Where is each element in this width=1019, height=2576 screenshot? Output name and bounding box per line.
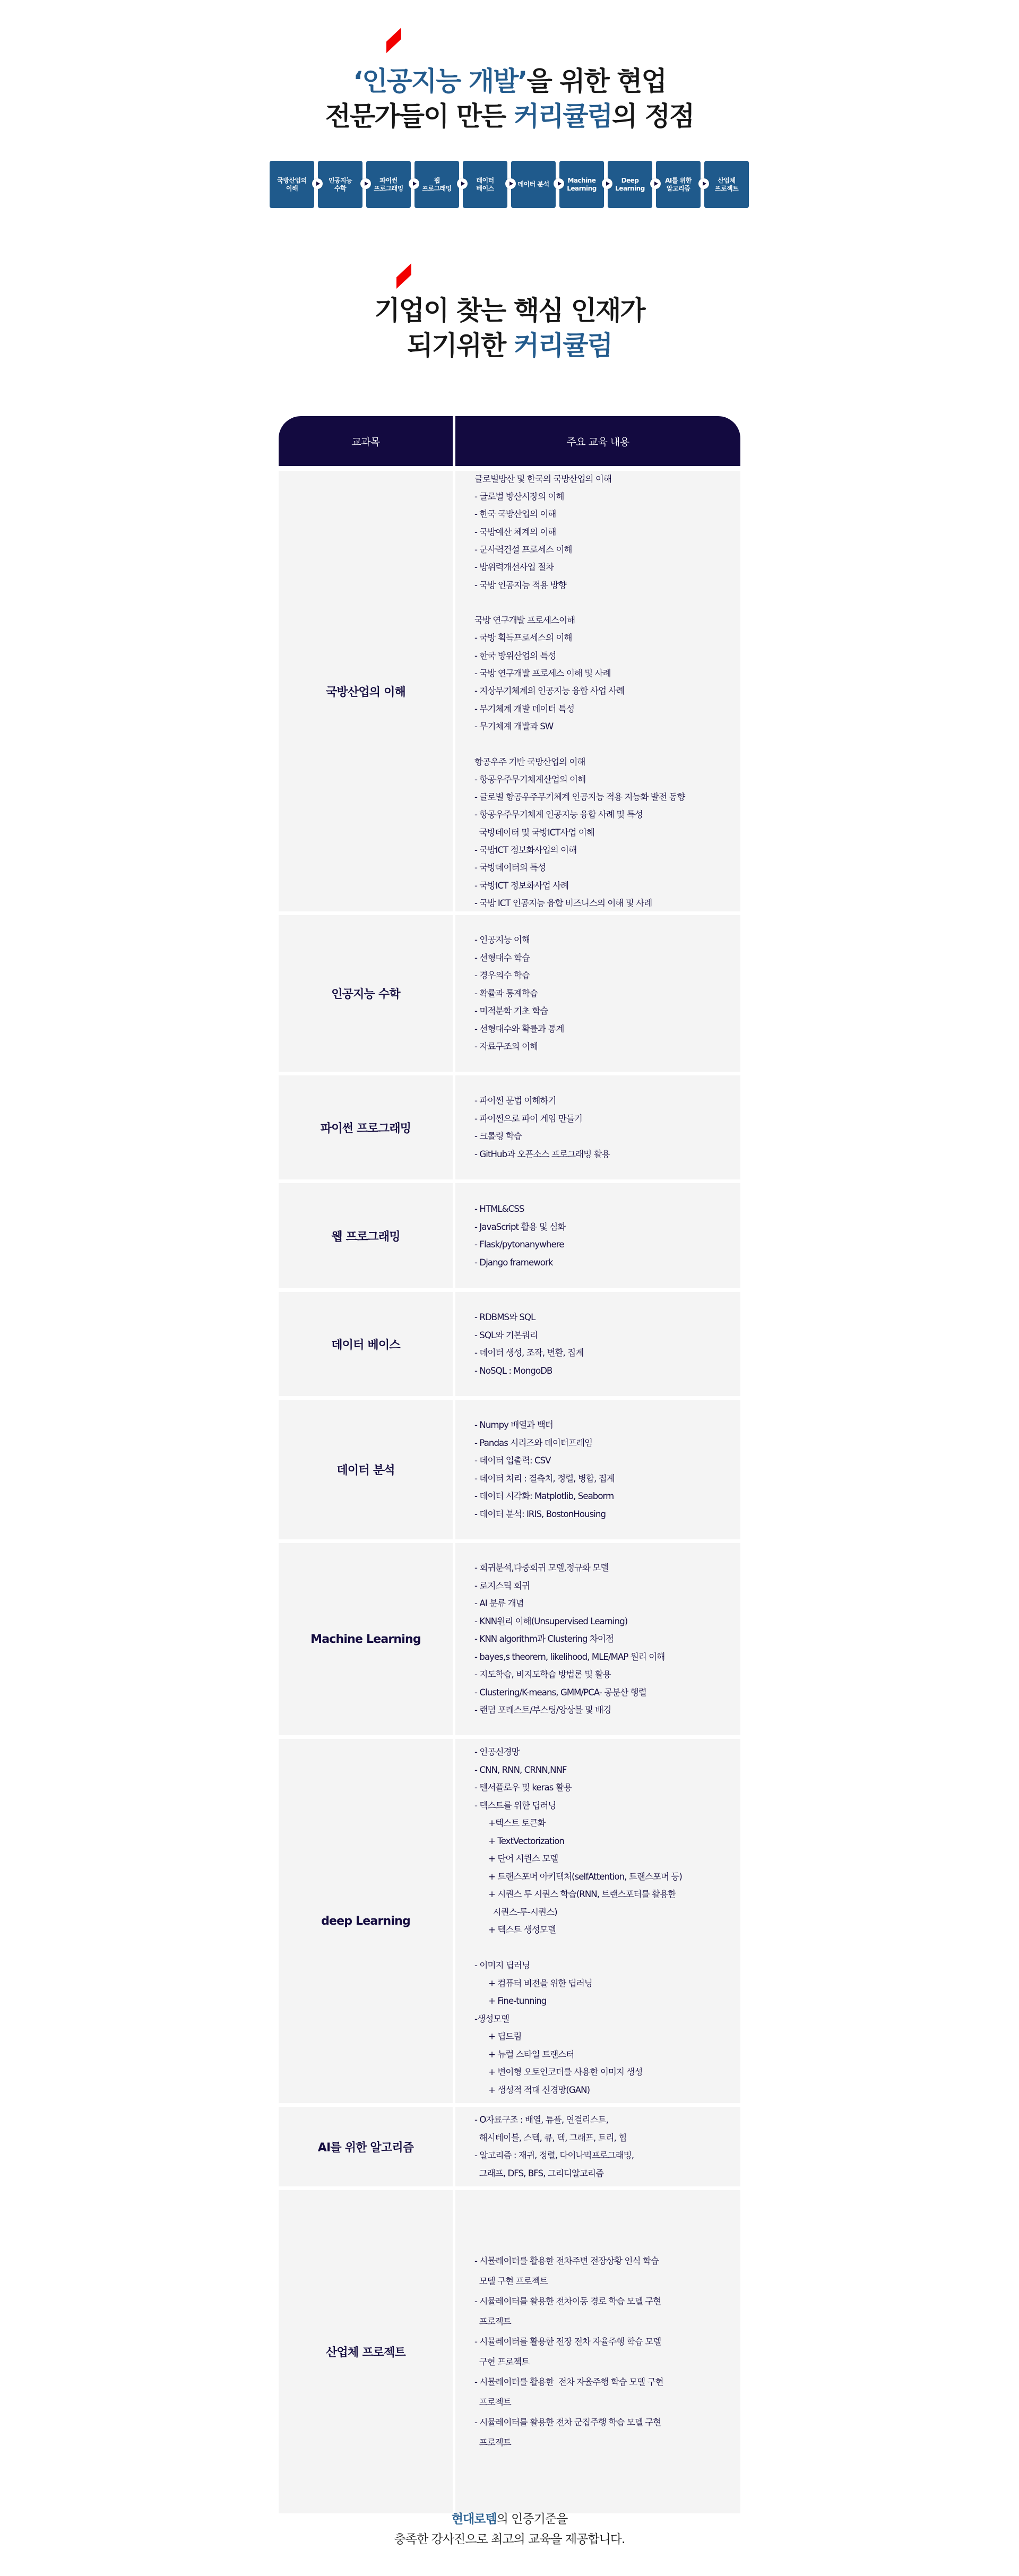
table-header: 교과목 주요 교육 내용 xyxy=(279,416,740,466)
nav-step-defense-industry[interactable]: 국방산업의 이해 xyxy=(270,161,314,208)
content-text: - 시뮬레이터를 활용한 전차주변 전장상황 인식 학습 모델 구현 프로젝트 … xyxy=(474,2251,663,2453)
table-row: 웹 프로그래밍 - HTML&CSS - JavaScript 활용 및 심화 … xyxy=(279,1183,740,1288)
content-cell: 글로벌방산 및 한국의 국방산업의 이해 - 글로벌 방산시장의 이해 - 한국… xyxy=(455,471,740,911)
play-arrow-icon xyxy=(698,178,709,189)
curriculum-page: ‘인공지능 개발’을 위한 현업 전문가들이 만든 커리큘럼의 정점 국방산업의… xyxy=(0,0,1019,2576)
nav-step-database[interactable]: 데이터 베이스 xyxy=(463,161,507,208)
content-cell: - HTML&CSS - JavaScript 활용 및 심화 - Flask/… xyxy=(455,1183,740,1288)
footer-line2: 충족한 강사진으로 최고의 교육을 제공합니다. xyxy=(0,2529,1019,2549)
nav-step-web[interactable]: 웹 프로그래밍 xyxy=(414,161,459,208)
content-cell: - 시뮬레이터를 활용한 전차주변 전장상황 인식 학습 모델 구현 프로젝트 … xyxy=(455,2190,740,2513)
nav-step-ai-math[interactable]: 인공지능 수학 xyxy=(318,161,362,208)
content-cell: - 회귀분석,다중회귀 모델,정규화 모델 - 로지스틱 회귀 - AI 분류 … xyxy=(455,1543,740,1735)
play-arrow-icon xyxy=(360,178,371,189)
content-text: - 회귀분석,다중회귀 모델,정규화 모델 - 로지스틱 회귀 - AI 분류 … xyxy=(474,1559,664,1719)
table-row: 파이썬 프로그래밍 - 파이썬 문법 이해하기 - 파이썬으로 파이 게임 만들… xyxy=(279,1075,740,1179)
content-text: - RDBMS와 SQL - SQL와 기본쿼리 - 데이터 생성, 조작, 변… xyxy=(474,1308,583,1380)
content-text: - O자료구조 : 배열, 튜플, 연결리스트, 해시테이블, 스텍, 큐, 덱… xyxy=(474,2111,634,2182)
hero-line2-suffix: 의 정점 xyxy=(612,101,694,132)
content-text: - HTML&CSS - JavaScript 활용 및 심화 - Flask/… xyxy=(474,1200,565,1271)
nav-step-python[interactable]: 파이썬 프로그래밍 xyxy=(366,161,411,208)
content-text: 글로벌방산 및 한국의 국방산업의 이해 - 글로벌 방산시장의 이해 - 한국… xyxy=(474,470,685,912)
content-cell: - 파이썬 문법 이해하기 - 파이썬으로 파이 게임 만들기 - 크롤링 학습… xyxy=(455,1075,740,1179)
play-arrow-icon xyxy=(312,178,323,189)
table-row: 산업체 프로젝트 - 시뮬레이터를 활용한 전차주변 전장상황 인식 학습 모델… xyxy=(279,2190,740,2513)
content-text: - 인공지능 이해 - 선형대수 학습 - 경우의수 학습 - 확률과 통계학습… xyxy=(474,931,564,1056)
subject-cell: 데이터 베이스 xyxy=(279,1292,453,1396)
content-cell: - Numpy 배열과 백터 - Pandas 시리즈와 데이터프레임 - 데이… xyxy=(455,1400,740,1539)
footer-line1-rest: 의 인증기준을 xyxy=(497,2512,568,2526)
nav-step-ai-algorithms[interactable]: AI를 위한 알고리즘 xyxy=(656,161,701,208)
subject-cell: 파이썬 프로그래밍 xyxy=(279,1075,453,1179)
subject-cell: Machine Learning xyxy=(279,1543,453,1735)
table-row: 데이터 베이스 - RDBMS와 SQL - SQL와 기본쿼리 - 데이터 생… xyxy=(279,1292,740,1396)
play-arrow-icon xyxy=(554,178,564,189)
hero-line1-rest: 을 위한 현업 xyxy=(526,66,666,97)
hero-title: ‘인공지능 개발’을 위한 현업 전문가들이 만든 커리큘럼의 정점 xyxy=(0,64,1019,134)
footer-line1: 현대로템의 인증기준을 xyxy=(0,2509,1019,2529)
hero-highlight-curriculum: 커리큘럼 xyxy=(514,101,612,132)
hero-title-line1: ‘인공지능 개발’을 위한 현업 xyxy=(0,64,1019,99)
content-text: - 인공신경망 - CNN, RNN, CRNN,NNF - 텐서플로우 및 k… xyxy=(474,1743,682,2099)
hero-line2-prefix: 전문가들이 만든 xyxy=(325,101,514,132)
section-title: 기업이 찾는 핵심 인재가 되기위한 커리큘럼 xyxy=(0,293,1019,363)
subject-cell: 산업체 프로젝트 xyxy=(279,2190,453,2513)
content-cell: - RDBMS와 SQL - SQL와 기본쿼리 - 데이터 생성, 조작, 변… xyxy=(455,1292,740,1396)
subject-cell: deep Learning xyxy=(279,1739,453,2103)
play-arrow-icon xyxy=(505,178,516,189)
play-arrow-icon xyxy=(409,178,419,189)
header-subject: 교과목 xyxy=(279,416,453,466)
subject-cell: 웹 프로그래밍 xyxy=(279,1183,453,1288)
play-arrow-icon xyxy=(602,178,612,189)
table-row: AI를 위한 알고리즘 - O자료구조 : 배열, 튜플, 연결리스트, 해시테… xyxy=(279,2107,740,2186)
subject-cell: 데이터 분석 xyxy=(279,1400,453,1539)
nav-step-deep-learning[interactable]: Deep Learning xyxy=(608,161,652,208)
hero-highlight-ai-dev: ‘인공지능 개발’ xyxy=(353,66,526,97)
content-cell: - O자료구조 : 배열, 튜플, 연결리스트, 해시테이블, 스텍, 큐, 덱… xyxy=(455,2107,740,2186)
red-accent-mark-top xyxy=(386,28,401,53)
section-title-line1: 기업이 찾는 핵심 인재가 xyxy=(0,293,1019,328)
footer-statement: 현대로템의 인증기준을 충족한 강사진으로 최고의 교육을 제공합니다. xyxy=(0,2509,1019,2549)
table-row: deep Learning - 인공신경망 - CNN, RNN, CRNN,N… xyxy=(279,1739,740,2103)
table-row: Machine Learning - 회귀분석,다중회귀 모델,정규화 모델 -… xyxy=(279,1543,740,1735)
hero-title-line2: 전문가들이 만든 커리큘럼의 정점 xyxy=(0,99,1019,134)
nav-step-industry-project[interactable]: 산업체 프로젝트 xyxy=(704,161,749,208)
subject-cell: 국방산업의 이해 xyxy=(279,471,453,911)
content-cell: - 인공지능 이해 - 선형대수 학습 - 경우의수 학습 - 확률과 통계학습… xyxy=(455,915,740,1072)
table-row: 인공지능 수학 - 인공지능 이해 - 선형대수 학습 - 경우의수 학습 - … xyxy=(279,915,740,1072)
header-content: 주요 교육 내용 xyxy=(455,416,740,466)
content-text: - Numpy 배열과 백터 - Pandas 시리즈와 데이터프레임 - 데이… xyxy=(474,1416,615,1523)
red-accent-mark-section xyxy=(396,263,411,289)
content-cell: - 인공신경망 - CNN, RNN, CRNN,NNF - 텐서플로우 및 k… xyxy=(455,1739,740,2103)
curriculum-table: 교과목 주요 교육 내용 국방산업의 이해 글로벌방산 및 한국의 국방산업의 … xyxy=(279,416,740,2517)
play-arrow-icon xyxy=(650,178,661,189)
table-row: 국방산업의 이해 글로벌방산 및 한국의 국방산업의 이해 - 글로벌 방산시장… xyxy=(279,471,740,911)
subject-cell: 인공지능 수학 xyxy=(279,915,453,1072)
subject-cell: AI를 위한 알고리즘 xyxy=(279,2107,453,2186)
table-row: 데이터 분석 - Numpy 배열과 백터 - Pandas 시리즈와 데이터프… xyxy=(279,1400,740,1539)
curriculum-step-nav: 국방산업의 이해 인공지능 수학 파이썬 프로그래밍 웹 프로그래밍 데이터 베… xyxy=(270,161,749,208)
section-highlight-curriculum: 커리큘럼 xyxy=(514,330,612,361)
nav-step-data-analysis[interactable]: 데이터 분석 xyxy=(511,161,556,208)
section-line2-prefix: 되기위한 xyxy=(407,330,514,361)
brand-name: 현대로템 xyxy=(452,2512,497,2526)
content-text: - 파이썬 문법 이해하기 - 파이썬으로 파이 게임 만들기 - 크롤링 학습… xyxy=(474,1092,610,1163)
play-arrow-icon xyxy=(457,178,468,189)
section-title-line2: 되기위한 커리큘럼 xyxy=(0,328,1019,363)
nav-step-machine-learning[interactable]: Machine Learning xyxy=(559,161,604,208)
